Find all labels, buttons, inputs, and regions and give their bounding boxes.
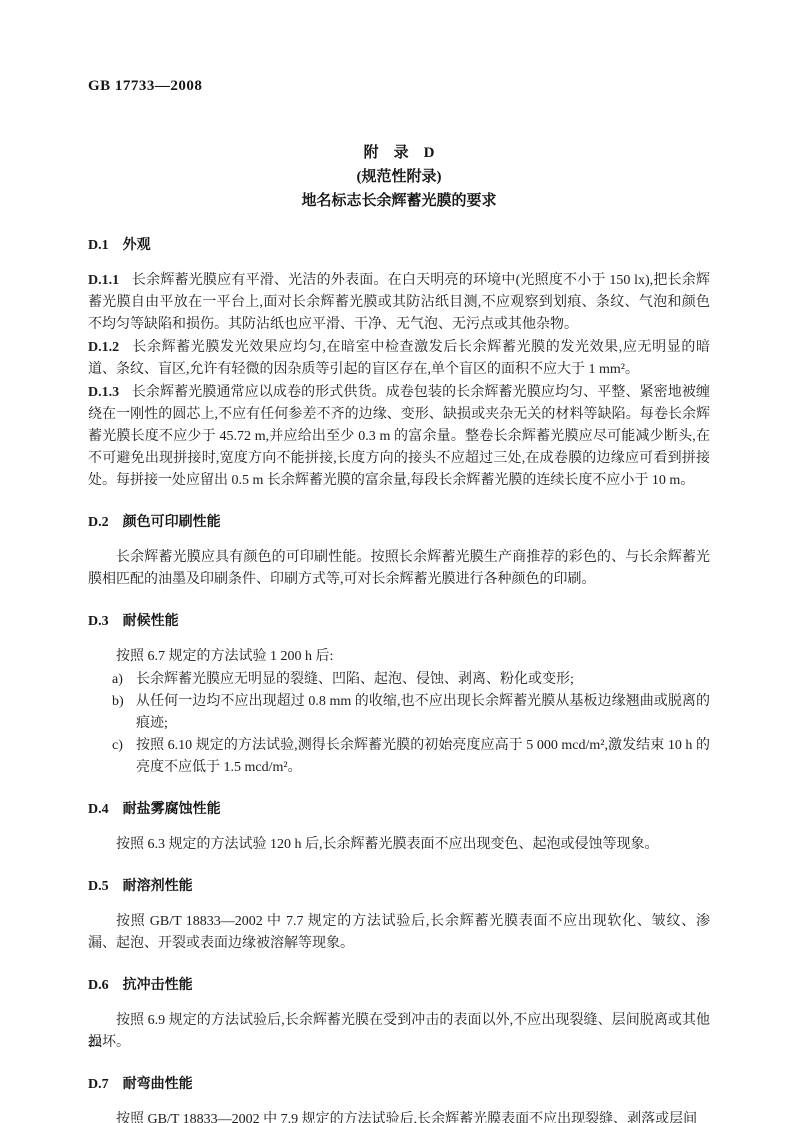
section-d4-heading: D.4耐盐雾腐蚀性能 <box>88 799 710 821</box>
standard-code: GB 17733—2008 <box>88 78 710 95</box>
section-d4-number: D.4 <box>88 802 109 817</box>
clause-d1-2: D.1.2长余辉蓄光膜发光效果应均匀,在暗室中检查激发后长余辉蓄光膜的发光效果,… <box>88 337 710 381</box>
section-d6-body: 按照 6.9 规定的方法试验后,长余辉蓄光膜在受到冲击的表面以外,不应出现裂缝、… <box>88 1010 710 1054</box>
section-d7-heading: D.7耐弯曲性能 <box>88 1074 710 1096</box>
section-d2-title: 颜色可印刷性能 <box>123 515 221 530</box>
section-d1-number: D.1 <box>88 238 109 253</box>
section-d3-heading: D.3耐候性能 <box>88 611 710 633</box>
section-d2-body: 长余辉蓄光膜应具有颜色的可印刷性能。按照长余辉蓄光膜生产商推荐的彩色的、与长余辉… <box>88 547 710 591</box>
clause-d1-2-number: D.1.2 <box>88 340 119 355</box>
section-d5: D.5耐溶剂性能 按照 GB/T 18833—2002 中 7.7 规定的方法试… <box>88 876 710 955</box>
section-d4-body: 按照 6.3 规定的方法试验 120 h 后,长余辉蓄光膜表面不应出现变色、起泡… <box>88 834 710 856</box>
document-page: GB 17733—2008 附 录 D (规范性附录) 地名标志长余辉蓄光膜的要… <box>0 0 794 1123</box>
section-d6-title: 抗冲击性能 <box>123 978 193 993</box>
clause-d1-2-text: 长余辉蓄光膜发光效果应均匀,在暗室中检查激发后长余辉蓄光膜的发光效果,应无明显的… <box>88 340 710 377</box>
section-d3-title: 耐候性能 <box>123 614 179 629</box>
section-d6: D.6抗冲击性能 按照 6.9 规定的方法试验后,长余辉蓄光膜在受到冲击的表面以… <box>88 975 710 1054</box>
section-d2-heading: D.2颜色可印刷性能 <box>88 512 710 534</box>
list-item-b-marker: b) <box>112 691 136 735</box>
clause-d1-3: D.1.3长余辉蓄光膜通常应以成卷的形式供货。成卷包装的长余辉蓄光膜应均匀、平整… <box>88 382 710 492</box>
section-d3: D.3耐候性能 按照 6.7 规定的方法试验 1 200 h 后: a) 长余辉… <box>88 611 710 779</box>
clause-d1-1-text: 长余辉蓄光膜应有平滑、光洁的外表面。在白天明亮的环境中(光照度不小于 150 l… <box>88 273 710 332</box>
page-number: 22 <box>88 1035 102 1051</box>
appendix-title-block: 附 录 D (规范性附录) 地名标志长余辉蓄光膜的要求 <box>88 141 710 213</box>
clause-d1-1: D.1.1长余辉蓄光膜应有平滑、光洁的外表面。在白天明亮的环境中(光照度不小于 … <box>88 270 710 336</box>
section-d7-body: 按照 GB/T 18833—2002 中 7.9 规定的方法试验后,长余辉蓄光膜… <box>88 1109 710 1123</box>
section-d3-list: a) 长余辉蓄光膜应无明显的裂缝、凹陷、起泡、侵蚀、剥离、粉化或变形; b) 从… <box>88 669 710 779</box>
section-d4: D.4耐盐雾腐蚀性能 按照 6.3 规定的方法试验 120 h 后,长余辉蓄光膜… <box>88 799 710 856</box>
section-d7-number: D.7 <box>88 1077 109 1092</box>
list-item-a: a) 长余辉蓄光膜应无明显的裂缝、凹陷、起泡、侵蚀、剥离、粉化或变形; <box>112 669 710 691</box>
list-item-b-text: 从任何一边均不应出现超过 0.8 mm 的收缩,也不应出现长余辉蓄光膜从基板边缘… <box>136 691 710 735</box>
section-d1: D.1外观 D.1.1长余辉蓄光膜应有平滑、光洁的外表面。在白天明亮的环境中(光… <box>88 235 710 492</box>
document-body: D.1外观 D.1.1长余辉蓄光膜应有平滑、光洁的外表面。在白天明亮的环境中(光… <box>88 235 710 1123</box>
section-d5-heading: D.5耐溶剂性能 <box>88 876 710 898</box>
section-d2: D.2颜色可印刷性能 长余辉蓄光膜应具有颜色的可印刷性能。按照长余辉蓄光膜生产商… <box>88 512 710 591</box>
section-d4-title: 耐盐雾腐蚀性能 <box>123 802 221 817</box>
list-item-a-text: 长余辉蓄光膜应无明显的裂缝、凹陷、起泡、侵蚀、剥离、粉化或变形; <box>136 669 710 691</box>
clause-d1-1-number: D.1.1 <box>88 273 119 288</box>
list-item-c: c) 按照 6.10 规定的方法试验,测得长余辉蓄光膜的初始亮度应高于 5 00… <box>112 735 710 779</box>
appendix-type: (规范性附录) <box>88 165 710 189</box>
section-d2-number: D.2 <box>88 515 109 530</box>
section-d5-number: D.5 <box>88 879 109 894</box>
appendix-subject: 地名标志长余辉蓄光膜的要求 <box>88 189 710 213</box>
section-d1-title: 外观 <box>123 238 151 253</box>
list-item-a-marker: a) <box>112 669 136 691</box>
section-d7: D.7耐弯曲性能 按照 GB/T 18833—2002 中 7.9 规定的方法试… <box>88 1074 710 1123</box>
section-d1-heading: D.1外观 <box>88 235 710 257</box>
list-item-c-text: 按照 6.10 规定的方法试验,测得长余辉蓄光膜的初始亮度应高于 5 000 m… <box>136 735 710 779</box>
section-d6-heading: D.6抗冲击性能 <box>88 975 710 997</box>
section-d5-title: 耐溶剂性能 <box>123 879 193 894</box>
list-item-b: b) 从任何一边均不应出现超过 0.8 mm 的收缩,也不应出现长余辉蓄光膜从基… <box>112 691 710 735</box>
appendix-title: 附 录 D <box>88 141 710 165</box>
section-d3-number: D.3 <box>88 614 109 629</box>
section-d6-number: D.6 <box>88 978 109 993</box>
section-d5-body: 按照 GB/T 18833—2002 中 7.7 规定的方法试验后,长余辉蓄光膜… <box>88 911 710 955</box>
clause-d1-3-text: 长余辉蓄光膜通常应以成卷的形式供货。成卷包装的长余辉蓄光膜应均匀、平整、紧密地被… <box>88 385 710 488</box>
list-item-c-marker: c) <box>112 735 136 779</box>
clause-d1-3-number: D.1.3 <box>88 385 119 400</box>
section-d7-title: 耐弯曲性能 <box>123 1077 193 1092</box>
section-d3-intro: 按照 6.7 规定的方法试验 1 200 h 后: <box>88 646 710 668</box>
